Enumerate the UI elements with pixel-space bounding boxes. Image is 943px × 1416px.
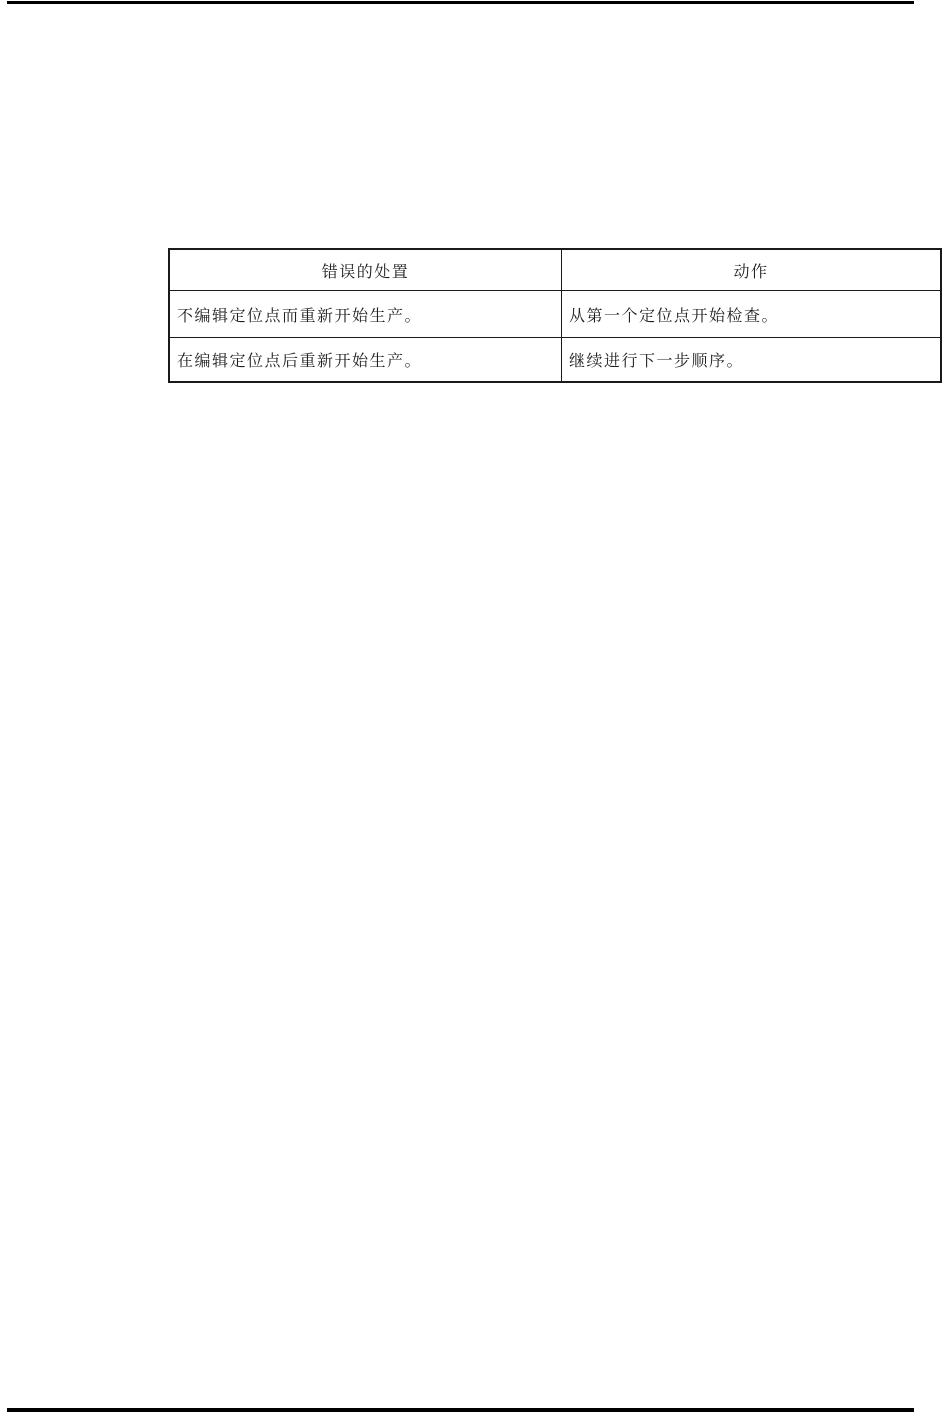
table-cell-action-1: 从第一个定位点开始检查。 bbox=[562, 291, 942, 338]
table-header-row: 错误的处置 动作 bbox=[169, 249, 941, 291]
table-header-error-handling: 错误的处置 bbox=[169, 249, 562, 291]
table-cell-action-2: 继续进行下一步顺序。 bbox=[562, 338, 942, 383]
table-row: 在编辑定位点后重新开始生产。 继续进行下一步顺序。 bbox=[169, 338, 941, 383]
table-cell-error-2: 在编辑定位点后重新开始生产。 bbox=[169, 338, 562, 383]
top-rule bbox=[7, 1, 914, 4]
error-handling-table: 错误的处置 动作 不编辑定位点而重新开始生产。 从第一个定位点开始检查。 在编辑… bbox=[168, 248, 942, 383]
table-row: 不编辑定位点而重新开始生产。 从第一个定位点开始检查。 bbox=[169, 291, 941, 338]
table-cell-error-1: 不编辑定位点而重新开始生产。 bbox=[169, 291, 562, 338]
bottom-rule bbox=[7, 1408, 914, 1412]
table-header-action: 动作 bbox=[562, 249, 942, 291]
document-page: 错误的处置 动作 不编辑定位点而重新开始生产。 从第一个定位点开始检查。 在编辑… bbox=[0, 0, 943, 1416]
